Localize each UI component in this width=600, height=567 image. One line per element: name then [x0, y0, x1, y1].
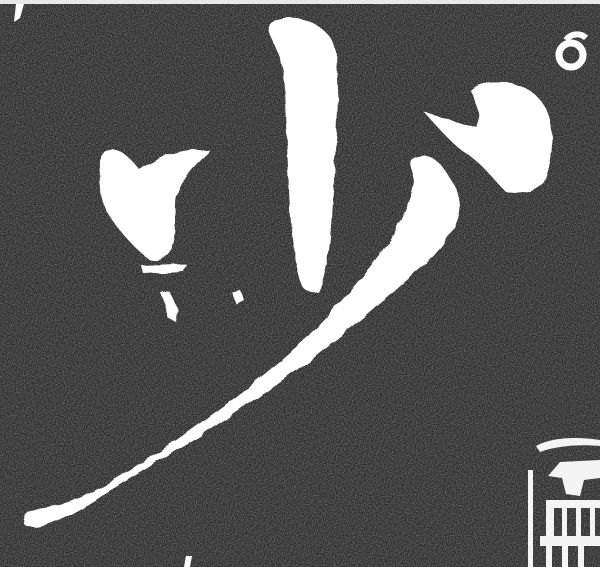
- rubbing-image: 少: [0, 0, 600, 567]
- rubbing-artwork: [0, 0, 600, 567]
- top-border: [0, 0, 600, 4]
